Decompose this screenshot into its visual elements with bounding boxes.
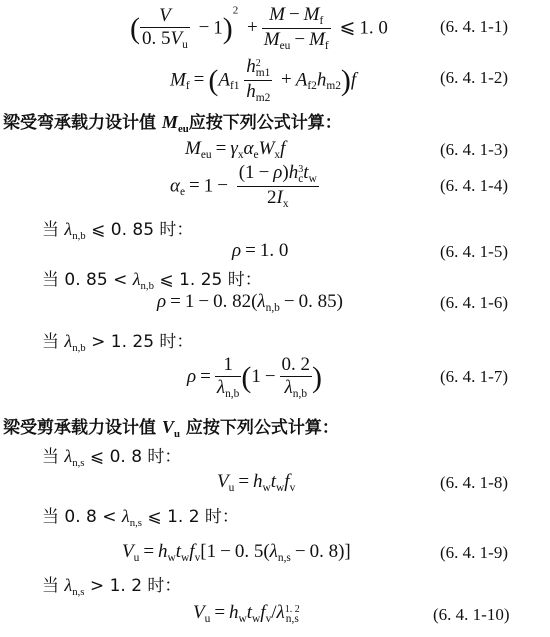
condition-lambda-nb-085-125: 当 0. 85 < λn,b ⩽ 1. 25 时： bbox=[42, 265, 262, 292]
condition-text: 当 bbox=[42, 576, 64, 596]
condition-text: ⩽ 0. 85 时： bbox=[86, 220, 194, 240]
equation-6-4-1-8: Vu=hwtwfv bbox=[217, 471, 295, 494]
condition-text: 当 bbox=[42, 332, 64, 352]
condition-lambda-nb-gt-125: 当 λn,b > 1. 25 时： bbox=[42, 327, 193, 354]
equation-6-4-1-2: Mf=(Af1 h2m1hm2 +Af2hm2)f bbox=[170, 56, 356, 106]
condition-lambda-ns-08-12: 当 0. 8 < λn,s ⩽ 1. 2 时： bbox=[42, 502, 239, 529]
equation-number: (6. 4. 1-9) bbox=[440, 543, 508, 563]
equation-number: (6. 4. 1-5) bbox=[440, 242, 508, 262]
equation-number: (6. 4. 1-10) bbox=[433, 605, 509, 625]
intro-text: 应按下列公式计算： bbox=[189, 113, 342, 133]
bending-capacity-intro: 梁受弯承载力设计值 Meu应按下列公式计算： bbox=[3, 108, 342, 135]
equation-6-4-1-7: ρ=1λn,b(1−0. 2λn,b) bbox=[187, 354, 322, 402]
equation-6-4-1-10: Vu=hwtwfv/λ1. 2n,s bbox=[193, 602, 299, 625]
condition-text: ⩽ 0. 8 时： bbox=[85, 447, 182, 467]
equation-6-4-1-5: ρ=1. 0 bbox=[232, 240, 288, 262]
equation-number: (6. 4. 1-4) bbox=[440, 176, 508, 196]
condition-text: 当 0. 8 < bbox=[42, 507, 122, 527]
equation-number: (6. 4. 1-6) bbox=[440, 293, 508, 313]
condition-text: 当 0. 85 < bbox=[42, 270, 133, 290]
intro-text: 应按下列公式计算： bbox=[180, 418, 339, 438]
shear-capacity-intro: 梁受剪承载力设计值 Vu 应按下列公式计算： bbox=[3, 413, 339, 440]
equation-number: (6. 4. 1-8) bbox=[440, 473, 508, 493]
equation-6-4-1-3: Meu=γxαeWxf bbox=[185, 138, 285, 161]
equation-number: (6. 4. 1-7) bbox=[440, 367, 508, 387]
condition-text: > 1. 25 时： bbox=[86, 332, 194, 352]
equation-number: (6. 4. 1-1) bbox=[440, 17, 508, 37]
intro-text: 梁受剪承载力设计值 bbox=[3, 418, 162, 438]
intro-text: 梁受弯承载力设计值 bbox=[3, 113, 162, 133]
condition-text: 当 bbox=[42, 447, 64, 467]
equation-6-4-1-9: Vu=hwtwfv[1−0. 5(λn,s−0. 8)] bbox=[122, 541, 351, 564]
equation-6-4-1-1: (V0. 5Vu −1)2 +M−MfMeu−Mf ⩽1. 0 bbox=[130, 4, 388, 54]
condition-text: ⩽ 1. 2 时： bbox=[142, 507, 239, 527]
equation-6-4-1-4: αe=1− (1−ρ)h3ctw2Ix bbox=[170, 162, 319, 212]
condition-lambda-ns-gt-12: 当 λn,s > 1. 2 时： bbox=[42, 571, 181, 598]
condition-text: 当 bbox=[42, 220, 64, 240]
condition-text: > 1. 2 时： bbox=[85, 576, 182, 596]
equation-number: (6. 4. 1-3) bbox=[440, 140, 508, 160]
condition-text: ⩽ 1. 25 时： bbox=[154, 270, 262, 290]
equation-number: (6. 4. 1-2) bbox=[440, 68, 508, 88]
condition-lambda-nb-le-085: 当 λn,b ⩽ 0. 85 时： bbox=[42, 215, 193, 242]
condition-lambda-ns-le-08: 当 λn,s ⩽ 0. 8 时： bbox=[42, 442, 181, 469]
equation-6-4-1-6: ρ=1−0. 82(λn,b−0. 85) bbox=[157, 291, 343, 314]
